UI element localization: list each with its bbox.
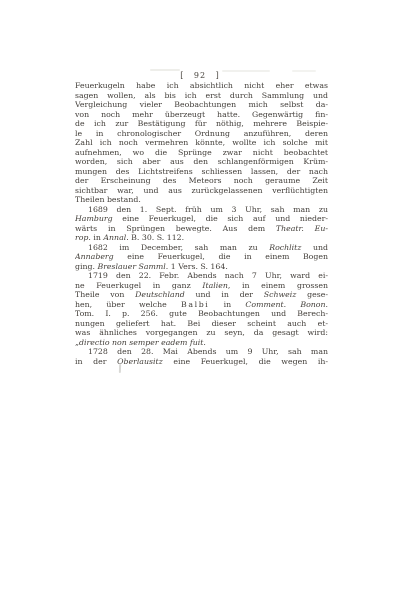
text-line: Zahl ich noch vermehren könnte, wollte i… (75, 138, 328, 148)
text-segment: Theile von (75, 290, 135, 299)
text-line: aufnehmen, wo die Sprünge zwar nicht beo… (75, 148, 328, 158)
text-segment: von noch mehr überzeugt hatte. Gegenwärt… (75, 110, 328, 119)
text-segment: hen, über welche (75, 300, 181, 309)
italic-text: Oberlausitz (117, 357, 163, 366)
text-segment: de ich zur Bestätigung für nöthig, mehre… (75, 119, 328, 128)
text-line: Theile von Deutschland und in der Schwei… (75, 290, 328, 300)
text-segment: ging. (75, 262, 97, 271)
italic-text: Hamburg (75, 214, 113, 223)
text-line: Vergleichung vieler Beobachtungen mich s… (75, 100, 328, 110)
text-line: hen, über welche Balbi in Comment. Bonon… (75, 300, 328, 310)
paragraph: 1689 den 1. Sept. früh um 3 Uhr, sah man… (75, 205, 328, 243)
text-segment: le in chronologischer Ordnung anzuführen… (75, 129, 328, 138)
text-line: worden, sich aber aus den schlangenförmi… (75, 157, 328, 167)
text-line: der Erscheinung des Meteors noch geraume… (75, 176, 328, 186)
text-line: „directio non semper eadem fuit. (75, 338, 328, 348)
italic-text: Italien (202, 281, 228, 290)
text-line: wärts in Sprüngen bewegte. Aus dem Theat… (75, 224, 328, 234)
text-segment: und in der (185, 290, 264, 299)
text-segment: in (209, 300, 245, 309)
text-segment: B. 30. S. 112. (129, 233, 184, 242)
italic-text: Schweiz (264, 290, 297, 299)
text-line: nungen geliefert hat. Bei dieser scheint… (75, 319, 328, 329)
text-line: ging. Breslauer Samml. 1 Vers. S. 164. (75, 262, 328, 272)
text-line: rop. in Annal. B. 30. S. 112. (75, 233, 328, 243)
italic-text: Comment. Bonon. (245, 300, 328, 309)
text-segment: nungen geliefert hat. Bei dieser scheint… (75, 319, 328, 328)
italic-text: Annal. (103, 233, 128, 242)
text-segment: ne Feuerkugel in ganz (75, 281, 202, 290)
text-line: was ähnliches vorgegangen zu seyn, da ge… (75, 328, 328, 338)
italic-text: Deutschland (135, 290, 185, 299)
text-line: ne Feuerkugel in ganz Italien, in einem … (75, 281, 328, 291)
text-line: 1728 den 28. Mai Abends um 9 Uhr, sah ma… (75, 347, 328, 357)
text-line: 1682 im December, sah man zu Rochlitz un… (75, 243, 328, 253)
text-segment: 1719 den 22. Febr. Abends nach 7 Uhr, wa… (88, 271, 328, 280)
text-segment: , in einem grossen (228, 281, 328, 290)
text-segment: wärts in Sprüngen bewegte. Aus dem (75, 224, 276, 233)
italic-text: Rochlitz (269, 243, 301, 252)
text-segment: 1728 den 28. Mai Abends um 9 Uhr, sah ma… (88, 347, 328, 356)
text-segment: 1682 im December, sah man zu (88, 243, 269, 252)
text-line: Annaberg eine Feuerkugel, die in einem B… (75, 252, 328, 262)
text-segment: in (91, 233, 103, 242)
body-text: Feuerkugeln habe ich absichtlich nicht e… (75, 81, 328, 366)
text-segment: sichtbar war, und aus zurückgelassenen v… (75, 186, 328, 195)
text-segment: worden, sich aber aus den schlangenförmi… (75, 157, 328, 166)
text-segment: 1 Vers. S. 164. (168, 262, 228, 271)
text-line: de ich zur Bestätigung für nöthig, mehre… (75, 119, 328, 129)
text-line: Tom. I. p. 256. gute Beobachtungen und B… (75, 309, 328, 319)
letterspaced-name: Balbi (181, 300, 209, 309)
text-segment: eine Feuerkugel, die in einem Bogen (114, 252, 328, 261)
book-page-scan: [ 92 ] Feuerkugeln habe ich absichtlich … (0, 0, 400, 599)
text-line: sichtbar war, und aus zurückgelassenen v… (75, 186, 328, 196)
italic-text: rop. (75, 233, 91, 242)
italic-text: Breslauer Samml. (97, 262, 168, 271)
text-segment: und (301, 243, 328, 252)
text-segment: eine Feuerkugel, die wegen ih- (163, 357, 328, 366)
text-segment: 1689 den 1. Sept. früh um 3 Uhr, sah man… (88, 205, 328, 214)
text-line: in der Oberlausitz eine Feuerkugel, die … (75, 357, 328, 367)
text-line: Hamburg eine Feuerkugel, die sich auf un… (75, 214, 328, 224)
page-number: [ 92 ] (0, 71, 400, 80)
text-segment: Zahl ich noch vermehren könnte, wollte i… (75, 138, 328, 147)
italic-text: Theatr. Eu- (276, 224, 328, 233)
paragraph: 1719 den 22. Febr. Abends nach 7 Uhr, wa… (75, 271, 328, 347)
paragraph: Feuerkugeln habe ich absichtlich nicht e… (75, 81, 328, 205)
text-segment: Theilen bestand. (75, 195, 141, 204)
text-line: mungen des Lichtstreifens schliessen las… (75, 167, 328, 177)
text-line: von noch mehr überzeugt hatte. Gegenwärt… (75, 110, 328, 120)
text-segment: Vergleichung vieler Beobachtungen mich s… (75, 100, 328, 109)
text-segment: aufnehmen, wo die Sprünge zwar nicht beo… (75, 148, 328, 157)
text-segment: eine Feuerkugel, die sich auf und nieder… (113, 214, 328, 223)
text-line: le in chronologischer Ordnung anzuführen… (75, 129, 328, 139)
scan-artifact-stroke (119, 364, 121, 373)
text-segment: gese- (296, 290, 328, 299)
text-line: Feuerkugeln habe ich absichtlich nicht e… (75, 81, 328, 91)
text-segment: in der (75, 357, 117, 366)
text-line: 1719 den 22. Febr. Abends nach 7 Uhr, wa… (75, 271, 328, 281)
text-segment: mungen des Lichtstreifens schliessen las… (75, 167, 328, 176)
text-segment: sagen wollen, als bis ich erst durch Sam… (75, 91, 328, 100)
text-line: sagen wollen, als bis ich erst durch Sam… (75, 91, 328, 101)
text-segment: was ähnliches vorgegangen zu seyn, da ge… (75, 328, 328, 337)
paragraph: 1728 den 28. Mai Abends um 9 Uhr, sah ma… (75, 347, 328, 366)
italic-text: directio non semper eadem fuit. (79, 338, 206, 347)
text-segment: Tom. I. p. 256. gute Beobachtungen und B… (75, 309, 328, 318)
text-segment: Feuerkugeln habe ich absichtlich nicht e… (75, 81, 328, 90)
paragraph: 1682 im December, sah man zu Rochlitz un… (75, 243, 328, 272)
text-line: 1689 den 1. Sept. früh um 3 Uhr, sah man… (75, 205, 328, 215)
text-segment: der Erscheinung des Meteors noch geraume… (75, 176, 328, 185)
text-line: Theilen bestand. (75, 195, 328, 205)
italic-text: Annaberg (75, 252, 114, 261)
